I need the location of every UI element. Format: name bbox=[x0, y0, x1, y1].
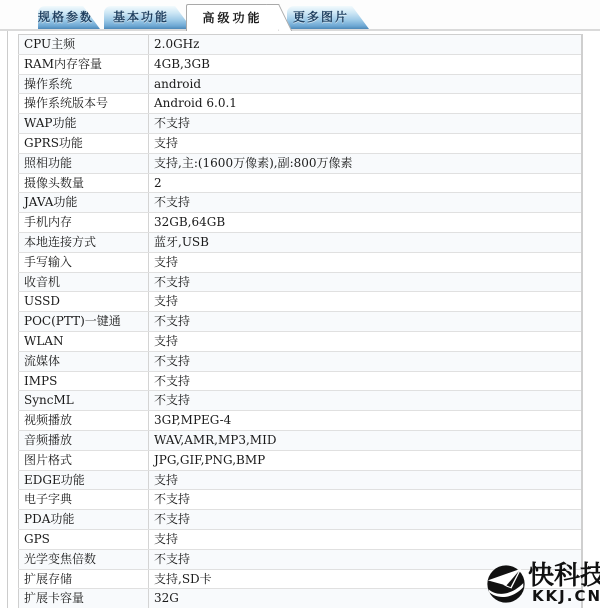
spec-label: 音频播放 bbox=[19, 430, 149, 450]
spec-value: 支持 bbox=[149, 133, 583, 153]
spec-value: 不支持 bbox=[149, 510, 583, 530]
spec-label: 扩展存储 bbox=[19, 569, 149, 589]
spec-label: EDGE功能 bbox=[19, 470, 149, 490]
table-row: POC(PTT)一键通不支持 bbox=[19, 312, 583, 332]
spec-label: CPU主频 bbox=[19, 35, 149, 55]
spec-value: 不支持 bbox=[149, 371, 583, 391]
spec-value: 2 bbox=[149, 173, 583, 193]
spec-label: 照相功能 bbox=[19, 153, 149, 173]
watermark-brand: 快科技 bbox=[528, 563, 600, 589]
spec-label: GPS bbox=[19, 529, 149, 549]
table-row: 手机内存32GB,64GB bbox=[19, 213, 583, 233]
spec-value: 32GB,64GB bbox=[149, 213, 583, 233]
table-row: 操作系统版本号Android 6.0.1 bbox=[19, 94, 583, 114]
spec-label: WAP功能 bbox=[19, 114, 149, 134]
spec-value: WAV,AMR,MP3,MID bbox=[149, 430, 583, 450]
spec-value: android bbox=[149, 74, 583, 94]
table-row: SyncML不支持 bbox=[19, 391, 583, 411]
spec-label: 电子字典 bbox=[19, 490, 149, 510]
tab-more-images[interactable]: 更多图片 bbox=[287, 6, 369, 29]
spec-value: 支持 bbox=[149, 252, 583, 272]
spec-value: 不支持 bbox=[149, 272, 583, 292]
spec-value: 不支持 bbox=[149, 193, 583, 213]
table-row: WLAN支持 bbox=[19, 331, 583, 351]
spec-label: JAVA功能 bbox=[19, 193, 149, 213]
globe-paper-plane-icon bbox=[486, 564, 526, 604]
watermark-domain: KKJ.CN bbox=[532, 589, 600, 605]
spec-label: 视频播放 bbox=[19, 411, 149, 431]
spec-label: 本地连接方式 bbox=[19, 232, 149, 252]
spec-label: 操作系统 bbox=[19, 74, 149, 94]
spec-value: 3GP,MPEG-4 bbox=[149, 411, 583, 431]
spec-label: WLAN bbox=[19, 331, 149, 351]
table-row: USSD支持 bbox=[19, 292, 583, 312]
page: { "tabs": [ {"label": "规格参数", "active": … bbox=[0, 0, 600, 608]
spec-label: 图片格式 bbox=[19, 450, 149, 470]
spec-label: SyncML bbox=[19, 391, 149, 411]
table-row: GPRS功能支持 bbox=[19, 133, 583, 153]
table-row: 照相功能支持,主:(1600万像素),副:800万像素 bbox=[19, 153, 583, 173]
spec-value: 不支持 bbox=[149, 351, 583, 371]
table-row: RAM内存容量4GB,3GB bbox=[19, 54, 583, 74]
table-row: 视频播放3GP,MPEG-4 bbox=[19, 411, 583, 431]
spec-label: 扩展卡容量 bbox=[19, 589, 149, 608]
spec-value: 支持 bbox=[149, 529, 583, 549]
spec-value: 支持 bbox=[149, 292, 583, 312]
spec-label: 光学变焦倍数 bbox=[19, 549, 149, 569]
table-row: IMPS不支持 bbox=[19, 371, 583, 391]
table-row: EDGE功能支持 bbox=[19, 470, 583, 490]
table-row: 图片格式JPG,GIF,PNG,BMP bbox=[19, 450, 583, 470]
spec-label: 手写输入 bbox=[19, 252, 149, 272]
spec-label: 手机内存 bbox=[19, 213, 149, 233]
spec-label: 收音机 bbox=[19, 272, 149, 292]
spec-label: 流媒体 bbox=[19, 351, 149, 371]
table-row: 本地连接方式蓝牙,USB bbox=[19, 232, 583, 252]
spec-label: PDA功能 bbox=[19, 510, 149, 530]
spec-value: 不支持 bbox=[149, 312, 583, 332]
spec-value: 支持 bbox=[149, 470, 583, 490]
spec-value: 2.0GHz bbox=[149, 35, 583, 55]
spec-table: CPU主频2.0GHzRAM内存容量4GB,3GB操作系统android操作系统… bbox=[18, 34, 583, 608]
tab-basic-features[interactable]: 基本功能 bbox=[104, 6, 192, 29]
spec-value: 蓝牙,USB bbox=[149, 232, 583, 252]
spec-label: 操作系统版本号 bbox=[19, 94, 149, 114]
spec-value: 不支持 bbox=[149, 391, 583, 411]
table-row: 摄像头数量2 bbox=[19, 173, 583, 193]
spec-value: Android 6.0.1 bbox=[149, 94, 583, 114]
tab-spec-params[interactable]: 规格参数 bbox=[38, 6, 100, 29]
watermark-text: 快科技 KKJ.CN bbox=[528, 563, 600, 605]
spec-label: IMPS bbox=[19, 371, 149, 391]
kkj-watermark: 快科技 KKJ.CN bbox=[486, 563, 600, 605]
spec-label: GPRS功能 bbox=[19, 133, 149, 153]
tab-bar: 规格参数 基本功能 高级功能 更多图片 bbox=[0, 0, 600, 31]
table-row: PDA功能不支持 bbox=[19, 510, 583, 530]
spec-label: USSD bbox=[19, 292, 149, 312]
spec-table-body: CPU主频2.0GHzRAM内存容量4GB,3GB操作系统android操作系统… bbox=[19, 35, 583, 608]
table-row: 收音机不支持 bbox=[19, 272, 583, 292]
content-panel: CPU主频2.0GHzRAM内存容量4GB,3GB操作系统android操作系统… bbox=[7, 31, 600, 608]
table-row: 电子字典不支持 bbox=[19, 490, 583, 510]
spec-value: 4GB,3GB bbox=[149, 54, 583, 74]
spec-value: 支持,主:(1600万像素),副:800万像素 bbox=[149, 153, 583, 173]
spec-value: 不支持 bbox=[149, 490, 583, 510]
table-row: JAVA功能不支持 bbox=[19, 193, 583, 213]
table-row: CPU主频2.0GHz bbox=[19, 35, 583, 55]
spec-label: 摄像头数量 bbox=[19, 173, 149, 193]
table-row: 流媒体不支持 bbox=[19, 351, 583, 371]
spec-label: RAM内存容量 bbox=[19, 54, 149, 74]
spec-value: 支持 bbox=[149, 331, 583, 351]
spec-label: POC(PTT)一键通 bbox=[19, 312, 149, 332]
tab-advanced-features[interactable]: 高级功能 bbox=[186, 4, 278, 31]
spec-value: 不支持 bbox=[149, 114, 583, 134]
table-row: 手写输入支持 bbox=[19, 252, 583, 272]
spec-value: JPG,GIF,PNG,BMP bbox=[149, 450, 583, 470]
table-row: GPS支持 bbox=[19, 529, 583, 549]
table-row: 音频播放WAV,AMR,MP3,MID bbox=[19, 430, 583, 450]
table-row: 操作系统android bbox=[19, 74, 583, 94]
table-row: WAP功能不支持 bbox=[19, 114, 583, 134]
